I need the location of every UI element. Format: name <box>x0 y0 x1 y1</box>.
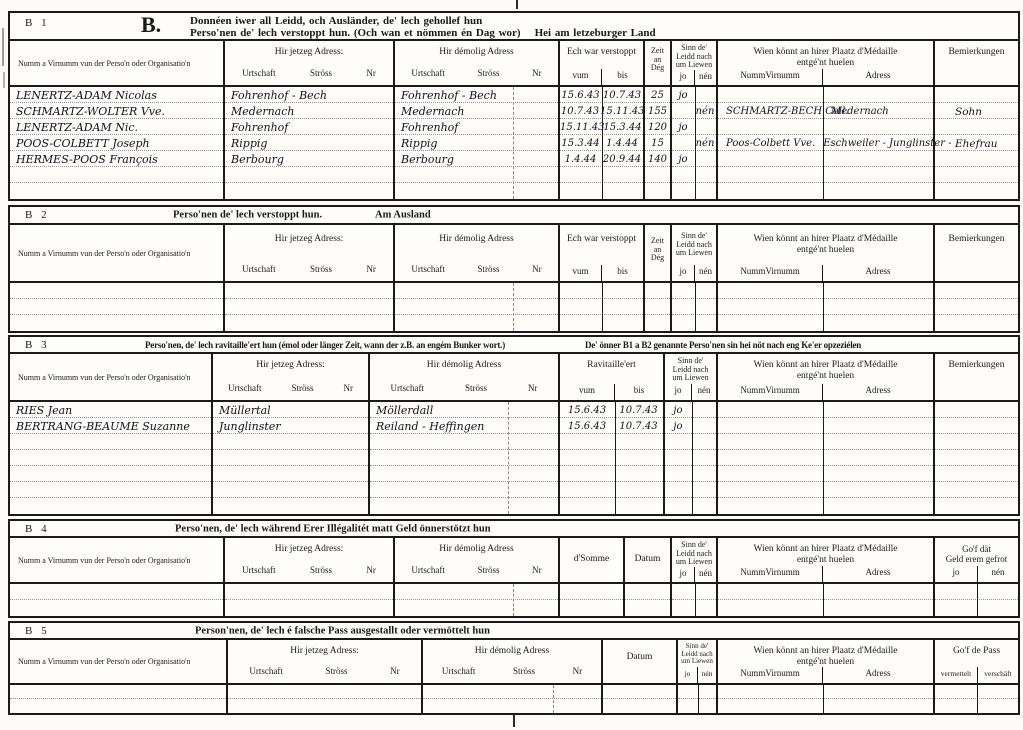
b4-col-geld <box>935 584 1018 616</box>
handwritten-date: 15.6.43 <box>560 405 614 417</box>
ruled-line <box>225 183 393 199</box>
ruled-line: LENERTZ-ADAM Nicolas <box>10 87 223 103</box>
handwritten-address: Fohrenhof <box>225 122 288 134</box>
b5-col-demolig <box>423 685 603 713</box>
handwritten-med-address: Eschweiler - Junglinster - <box>815 138 951 150</box>
ruled-line <box>370 450 558 466</box>
ruled-line: nén <box>672 103 716 119</box>
ruled-line: Medernach <box>225 103 393 119</box>
ruled-line <box>935 315 1018 331</box>
ruled-line <box>225 600 393 616</box>
b4-title: Perso'nen, de' lech während Erer Illégal… <box>175 523 491 534</box>
b1-col-verstoppt: 15.6.4310.7.43 10.7.4315.11.43 15.11.431… <box>560 87 645 199</box>
b2-col-name <box>10 283 225 331</box>
handwritten-date: 15.6.43 <box>560 421 614 433</box>
ruled-line <box>718 315 933 331</box>
ruled-line <box>603 685 676 699</box>
b1-col-jetzeg: Fohrenhof - Bech Medernach Fohrenhof Rip… <box>225 87 395 199</box>
ruled-line <box>935 151 1018 167</box>
handwritten-name: HERMES-POOS François <box>10 154 158 166</box>
col-bemierkungen-header: Bemierkungen <box>935 354 1018 400</box>
handwritten-nen: nén <box>694 138 716 150</box>
b1-location: Hei am letzeburger Land <box>535 27 656 39</box>
ruled-line <box>560 600 623 616</box>
col-jetzeg-header: Hir jetzeg Adress: UrtschaftStrössNr <box>228 640 423 683</box>
b3-col-sinn: jo jo <box>665 402 718 514</box>
b4-column-header: Numm a Virnumm vun der Perso'n oder Orga… <box>10 538 1018 584</box>
ruled-line <box>935 299 1018 315</box>
b3-col-name: RIES Jean BERTRANG-BEAUME Suzanne <box>10 402 213 514</box>
b3-col-ravitailleert: 15.6.4310.7.43 15.6.4310.7.43 <box>560 402 665 514</box>
col-demolig-header: Hir démolig Adress UrtschaftStrössNr <box>370 354 560 400</box>
handwritten-address: Medernach <box>395 106 464 118</box>
col-sinn-header: Sinn de'Leidd nachum Liewen jonén <box>678 640 718 683</box>
ruled-line <box>935 450 1018 466</box>
ruled-line <box>213 498 368 514</box>
jo-label: jo <box>672 70 694 86</box>
handwritten-date: 1.4.44 <box>560 154 601 166</box>
ruled-line <box>10 299 223 315</box>
ruled-line: 15.6.4310.7.43 <box>560 418 663 434</box>
ruled-line <box>645 183 670 199</box>
stross-label: Ströss <box>477 68 499 78</box>
handwritten-jo: jo <box>665 405 691 417</box>
b3-column-header: Numm a Virnumm vun der Perso'n oder Orga… <box>10 354 1018 402</box>
col-demolig-header: Hir démolig Adress UrtschaftStrössNr <box>395 41 560 85</box>
col-name-header: Numm a Virnumm vun der Perso'n oder Orga… <box>10 41 225 85</box>
col-jetzeg-header: Hir jetzeg Adress: UrtschaftStrössNr <box>225 225 395 281</box>
col-verstoppt-header: Ech war verstoppt vumbis <box>560 41 645 85</box>
handwritten-med-name: Poos-Colbett Vve. <box>718 138 815 150</box>
ruled-line <box>625 600 670 616</box>
b1-title-line1: Donnéen iwer all Leidd, och Ausländer, d… <box>190 15 656 27</box>
b5-col-pass <box>935 685 1018 713</box>
ruled-line <box>228 699 421 713</box>
ruled-line <box>560 466 663 482</box>
ruled-line: 15 <box>645 135 670 151</box>
ruled-line <box>935 283 1018 299</box>
handwritten-days: 25 <box>645 90 670 102</box>
handwritten-address: Medernach <box>225 106 294 118</box>
ruled-line <box>625 584 670 600</box>
handwritten-address: Berbourg <box>395 154 454 166</box>
col-medaille-header: Wien könnt an hirer Plaatz d'Médailleent… <box>718 354 935 400</box>
ruled-line <box>718 482 933 498</box>
handwritten-address: Möllerdall <box>370 405 433 417</box>
ruled-line: 15.3.441.4.44 <box>560 135 643 151</box>
ruled-line <box>395 584 558 600</box>
b5-col-jetzeg <box>228 685 423 713</box>
ruled-line: BERTRANG-BEAUME Suzanne <box>10 418 211 434</box>
nen-label: nén <box>694 70 716 86</box>
handwritten-date: 20.9.44 <box>601 154 643 166</box>
ruled-line <box>225 299 393 315</box>
col-medaille-header: Wien könnt an hirer Plaatz d'Médailleent… <box>718 41 935 85</box>
ruled-line <box>225 283 393 299</box>
ruled-line <box>718 450 933 466</box>
ruled-line <box>718 699 933 713</box>
ruled-line: Ehefrau <box>935 135 1018 151</box>
ruled-line: LENERTZ-ADAM Nic. <box>10 119 223 135</box>
b1-col-medaille: SCHMARTZ-BECH Coll.Medernach Poos-Colbet… <box>718 87 935 199</box>
b1-col-demolig: Fohrenhof - Bech Medernach Fohrenhof Rip… <box>395 87 560 199</box>
ruled-line: Poos-Colbett Vve.Eschweiler - Junglinste… <box>718 135 933 151</box>
handwritten-med-name: SCHMARTZ-BECH Coll. <box>718 106 823 118</box>
ruled-line <box>603 699 676 713</box>
section-b1: B 1 B. Donnéen iwer all Leidd, och Auslä… <box>8 11 1020 201</box>
name-col-label: Numm a Virnumm vun der Perso'n oder Orga… <box>10 59 223 68</box>
ruled-line: Berbourg <box>225 151 393 167</box>
ruled-line: jo <box>665 402 716 418</box>
col-sinn-header: Sinn de'Leidd nachum Liewen jonén <box>672 225 718 281</box>
b1-column-header: Numm a Virnumm vun der Perso'n oder Orga… <box>10 41 1018 87</box>
ruled-line <box>423 685 601 699</box>
b1-data-grid: LENERTZ-ADAM Nicolas SCHMARTZ-WOLTER Vve… <box>10 87 1018 199</box>
ruled-line <box>560 183 643 199</box>
b5-col-name <box>10 685 228 713</box>
handwritten-days: 15 <box>645 138 670 150</box>
ruled-line: Rippig <box>225 135 393 151</box>
handwritten-address: Berbourg <box>225 154 284 166</box>
b2-titlebar: B 2 Perso'nen de' lech verstoppt hun. Am… <box>10 207 1018 225</box>
ruled-line <box>935 434 1018 450</box>
ruled-line: RIES Jean <box>10 402 211 418</box>
ruled-line: HERMES-POOS François <box>10 151 223 167</box>
handwritten-date: 10.7.43 <box>614 405 663 417</box>
b4-section-id: B 4 <box>25 523 50 535</box>
stross-label: Ströss <box>310 68 332 78</box>
ruled-line: 1.4.4420.9.44 <box>560 151 643 167</box>
b2-col-medaille <box>718 283 935 331</box>
ruled-line <box>718 151 933 167</box>
b4-titlebar: B 4 Perso'nen, de' lech während Erer Ill… <box>10 521 1018 538</box>
nr-label: Nr <box>366 68 376 78</box>
handwritten-date: 10.7.43 <box>601 90 643 102</box>
med-numm-label: Numm <box>740 70 765 80</box>
col-jetzeg-header: Hir jetzeg Adress: UrtschaftStrössNr <box>225 538 395 582</box>
handwritten-date: 15.6.43 <box>560 90 601 102</box>
ruled-line <box>560 299 643 315</box>
ruled-line: 10.7.4315.11.43 <box>560 103 643 119</box>
ruled-line <box>395 167 558 183</box>
ruled-line <box>935 600 1018 616</box>
col-jetzeg-header: Hir jetzeg Adress: UrtschaftStrössNr <box>225 41 395 85</box>
b3-titlebar: B 3 Perso'nen, de' lech ravitaille'ert h… <box>10 337 1018 354</box>
b4-col-jetzeg <box>225 584 395 616</box>
ruled-line <box>935 482 1018 498</box>
col-bemierkungen-header: Bemierkungen <box>935 225 1018 281</box>
b5-col-medaille <box>718 685 935 713</box>
section-b2: B 2 Perso'nen de' lech verstoppt hun. Am… <box>8 205 1020 333</box>
ruled-line <box>718 119 933 135</box>
b3-section-id: B 3 <box>25 339 50 351</box>
b5-titlebar: B 5 Person'nen, de' lech é falsche Pass … <box>10 623 1018 640</box>
col-somme-header: d'Somme <box>560 538 625 582</box>
ruled-line: Fohrenhof - Bech <box>225 87 393 103</box>
ruled-line <box>10 167 223 183</box>
urtschaft-label: Urtschaft <box>411 68 445 78</box>
ruled-line <box>10 498 211 514</box>
col-name-header: Numm a Virnumm vun der Perso'n oder Orga… <box>10 225 225 281</box>
handwritten-days: 155 <box>645 106 670 118</box>
ruled-line: jo <box>665 418 716 434</box>
b2-col-jetzeg <box>225 283 395 331</box>
b3-col-demolig: Möllerdall Reiland - Heffingen <box>370 402 560 514</box>
ruled-line <box>10 685 226 699</box>
handwritten-date: 10.7.43 <box>560 106 600 118</box>
ruled-line: 140 <box>645 151 670 167</box>
ruled-line <box>718 418 933 434</box>
handwritten-jo: jo <box>672 90 694 102</box>
handwritten-date: 15.11.43 <box>560 122 602 134</box>
ruled-line: POOS-COLBETT Joseph <box>10 135 223 151</box>
b5-section-id: B 5 <box>25 625 50 637</box>
ruled-line <box>213 434 368 450</box>
med-virnumm-label: Virnumm <box>765 70 799 80</box>
ruled-line <box>718 600 933 616</box>
handwritten-remark: Sohn <box>935 106 982 118</box>
ruled-line <box>718 466 933 482</box>
ruled-line <box>718 402 933 418</box>
handwritten-address: Fohrenhof - Bech <box>225 90 327 102</box>
ruled-line <box>10 466 211 482</box>
ruled-line: Sohn <box>935 103 1018 119</box>
ruled-line: nén <box>672 135 716 151</box>
ruled-line <box>395 315 558 331</box>
b2-column-header: Numm a Virnumm vun der Perso'n oder Orga… <box>10 225 1018 283</box>
demolig-label: Hir démolig Adress <box>395 47 558 58</box>
handwritten-name: BERTRANG-BEAUME Suzanne <box>10 421 190 433</box>
ruled-line <box>718 283 933 299</box>
b5-data-grid <box>10 685 1018 713</box>
ruled-line <box>645 299 670 315</box>
handwritten-jo: jo <box>672 122 694 134</box>
b2-col-sinn <box>672 283 718 331</box>
ruled-line <box>718 299 933 315</box>
ruled-line <box>678 685 716 699</box>
ruled-line <box>935 418 1018 434</box>
fold-mark-top <box>516 0 518 9</box>
ruled-line <box>935 699 1018 713</box>
b2-data-grid <box>10 283 1018 331</box>
ruled-line <box>213 466 368 482</box>
handwritten-date: 1.4.44 <box>601 138 643 150</box>
ruled-line <box>225 584 393 600</box>
col-sinn-header: Sinn de'Leidd nachum Liewen jonén <box>672 538 718 582</box>
ruled-line: 15.11.4315.3.44 <box>560 119 643 135</box>
b2-title: Perso'nen de' lech verstoppt hun. <box>173 210 322 221</box>
col-medaille-header: Wien könnt an hirer Plaatz d'Médailleent… <box>718 640 935 683</box>
b2-col-bemierkungen <box>935 283 1018 331</box>
ruled-line <box>370 498 558 514</box>
ruled-line <box>560 283 643 299</box>
ruled-line <box>10 315 223 331</box>
ruled-line <box>672 600 716 616</box>
col-bemierkungen-header: Bemierkungen <box>935 41 1018 85</box>
ruled-line: Fohrenhof <box>395 119 558 135</box>
b5-col-datum <box>603 685 678 713</box>
ruled-line: Fohrenhof <box>225 119 393 135</box>
col-zeit-header: ZeitanDég <box>645 225 672 281</box>
handwritten-address: Junglinster <box>213 421 281 433</box>
handwritten-nen: nén <box>694 106 716 118</box>
b1-col-zeit: 25 155 120 15 140 <box>645 87 672 199</box>
ruled-line <box>935 498 1018 514</box>
ruled-line: SCHMARTZ-BECH Coll.Medernach <box>718 103 933 119</box>
b2-col-demolig <box>395 283 560 331</box>
ruled-line: Junglinster <box>213 418 368 434</box>
ruled-line: 155 <box>645 103 670 119</box>
handwritten-days: 140 <box>645 154 670 166</box>
b1-title-line2: Perso'nen de' lech verstoppt hun. (Och w… <box>190 27 521 39</box>
ruled-line <box>370 434 558 450</box>
ruled-line <box>10 600 223 616</box>
handwritten-jo: jo <box>665 421 691 433</box>
ruled-line <box>935 183 1018 199</box>
handwritten-address: Rippig <box>395 138 437 150</box>
b4-col-medaille <box>718 584 935 616</box>
ruled-line <box>665 450 716 466</box>
ruled-line <box>560 450 663 466</box>
ruled-line <box>665 434 716 450</box>
ruled-line: Reiland - Heffingen <box>370 418 558 434</box>
b3-col-jetzeg: Müllertal Junglinster <box>213 402 370 514</box>
col-name-header: Numm a Virnumm vun der Perso'n oder Orga… <box>10 538 225 582</box>
col-demolig-header: Hir démolig Adress UrtschaftStrössNr <box>395 538 560 582</box>
ruled-line <box>10 699 226 713</box>
col-sinn-header: Sinn de'Leidd nachum Liewen jonén <box>665 354 718 400</box>
ruled-line: 15.6.4310.7.43 <box>560 402 663 418</box>
handwritten-med-address: Medernach <box>823 106 889 118</box>
handwritten-jo: jo <box>672 154 694 166</box>
ruled-line: Müllertal <box>213 402 368 418</box>
ruled-line: Fohrenhof - Bech <box>395 87 558 103</box>
med-adress-label: Adress <box>822 69 933 85</box>
handwritten-name: POOS-COLBETT Joseph <box>10 138 150 150</box>
ruled-line <box>10 482 211 498</box>
handwritten-remark: Ehefrau <box>935 138 998 150</box>
handwritten-name: LENERTZ-ADAM Nicolas <box>10 90 157 102</box>
handwritten-date: 15.3.44 <box>602 122 643 134</box>
ruled-line <box>213 450 368 466</box>
ruled-line <box>718 183 933 199</box>
b1-letter: B. <box>141 14 161 36</box>
ruled-line: Rippig <box>395 135 558 151</box>
ruled-line <box>395 299 558 315</box>
col-name-header: Numm a Virnumm vun der Perso'n oder Orga… <box>10 640 228 683</box>
b4-col-sinn <box>672 584 718 616</box>
ruled-line: 120 <box>645 119 670 135</box>
b1-col-bemierkungen: Sohn Ehefrau <box>935 87 1018 199</box>
b3-title-2: De' önner B1 a B2 genannte Perso'nen sin… <box>585 340 861 350</box>
ruled-line <box>228 685 421 699</box>
handwritten-name: SCHMARTZ-WOLTER Vve. <box>10 106 165 118</box>
urtschaft-label: Urtschaft <box>242 68 276 78</box>
b3-col-medaille <box>718 402 935 514</box>
ruled-line <box>678 699 716 713</box>
handwritten-name: LENERTZ-ADAM Nic. <box>10 122 138 134</box>
b1-title: Donnéen iwer all Leidd, och Ausländer, d… <box>190 15 656 39</box>
ruled-line <box>225 315 393 331</box>
ruled-line <box>10 584 223 600</box>
b1-section-id: B 1 <box>25 17 50 29</box>
ruled-line <box>213 482 368 498</box>
ruled-line <box>935 685 1018 699</box>
b4-col-datum <box>625 584 672 616</box>
ruled-line <box>672 183 716 199</box>
ruled-line <box>560 167 643 183</box>
ruled-line <box>645 315 670 331</box>
bis-label: bis <box>601 69 643 85</box>
col-zeit-header: ZeitanDég <box>645 41 672 85</box>
col-ravitailleert-header: Ravitaille'ert vumbis <box>560 354 665 400</box>
ruled-line <box>560 482 663 498</box>
ruled-line <box>672 167 716 183</box>
ruled-line <box>560 584 623 600</box>
ruled-line <box>935 402 1018 418</box>
handwritten-address: Fohrenhof <box>395 122 458 134</box>
nr-label: Nr <box>532 68 542 78</box>
handwritten-date: 15.11.43 <box>600 106 643 118</box>
b1-titlebar: B 1 B. Donnéen iwer all Leidd, och Auslä… <box>10 13 1018 41</box>
ruled-line: 25 <box>645 87 670 103</box>
b2-location: Am Ausland <box>375 210 431 221</box>
ruled-line <box>560 434 663 450</box>
col-name-header: Numm a Virnumm vun der Perso'n oder Orga… <box>10 354 213 400</box>
ruled-line <box>10 283 223 299</box>
ruled-line <box>10 450 211 466</box>
b3-title: Perso'nen, de' lech ravitaille'ert hun (… <box>145 340 505 350</box>
verstoppt-label: Ech war verstoppt <box>560 47 643 58</box>
b3-col-bemierkungen <box>935 402 1018 514</box>
col-jetzeg-header: Hir jetzeg Adress: UrtschaftStrössNr <box>213 354 370 400</box>
b2-section-id: B 2 <box>25 209 50 221</box>
b1-col-sinn: jo nén jo nén jo <box>672 87 718 199</box>
ruled-line: jo <box>672 151 716 167</box>
ruled-line <box>645 167 670 183</box>
ruled-line: jo <box>672 119 716 135</box>
b5-col-sinn <box>678 685 718 713</box>
col-medaille-header: Wien könnt an hirer Plaatz d'Médailleent… <box>718 538 935 582</box>
ruled-line <box>672 584 716 600</box>
col-medaille-header: Wien könnt an hirer Plaatz d'Médailleent… <box>718 225 935 281</box>
ruled-line: SCHMARTZ-WOLTER Vve. <box>10 103 223 119</box>
handwritten-address: Fohrenhof - Bech <box>395 90 497 102</box>
ruled-line <box>10 434 211 450</box>
ruled-line <box>718 87 933 103</box>
ruled-line <box>718 434 933 450</box>
col-verstoppt-header: Ech war verstoppt vumbis <box>560 225 645 281</box>
b4-col-somme <box>560 584 625 616</box>
b2-col-zeit <box>645 283 672 331</box>
ruled-line <box>395 183 558 199</box>
ruled-line <box>423 699 601 713</box>
handwritten-days: 120 <box>645 122 670 134</box>
ruled-line: jo <box>672 87 716 103</box>
col-sinn-header: Sinn de'Leidd nachum Liewen jonén <box>672 41 718 85</box>
ruled-line <box>225 167 393 183</box>
jetzeg-label: Hir jetzeg Adress: <box>225 47 393 58</box>
ruled-line <box>935 584 1018 600</box>
ruled-line <box>718 498 933 514</box>
ruled-line <box>665 498 716 514</box>
handwritten-address: Müllertal <box>213 405 271 417</box>
col-datum-header: Datum <box>625 538 672 582</box>
ruled-line <box>672 299 716 315</box>
ruled-line <box>665 482 716 498</box>
ruled-line <box>395 283 558 299</box>
handwritten-date: 15.3.44 <box>560 138 601 150</box>
